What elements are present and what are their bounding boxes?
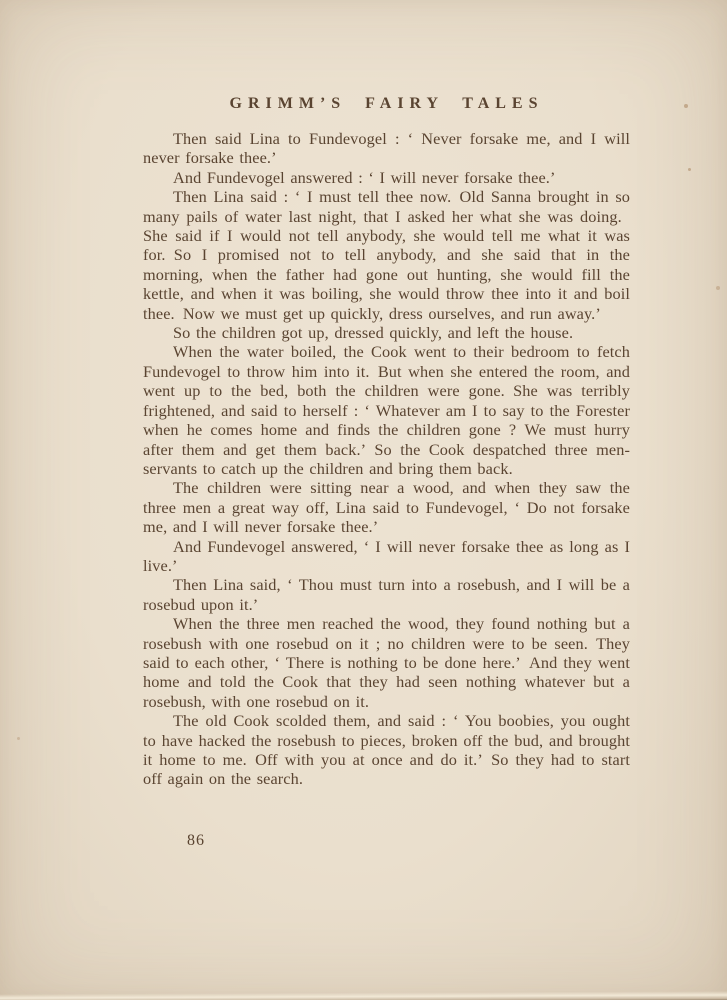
paragraph: And Fundevogel answered, ‘ I will never … [143, 537, 630, 576]
paper-speck [17, 737, 20, 740]
paragraph: When the three men reached the wood, the… [143, 614, 630, 711]
paper-speck [716, 286, 720, 290]
page-bottom-edge [0, 991, 727, 1000]
paper-speck [688, 168, 691, 171]
paragraph: The children were sitting near a wood, a… [143, 478, 630, 536]
body-text: Then said Lina to Fundevogel : ‘ Never f… [143, 129, 630, 789]
paragraph: And Fundevogel answered : ‘ I will never… [143, 168, 630, 187]
page-number: 86 [187, 832, 205, 850]
paragraph: Then Lina said, ‘ Thou must turn into a … [143, 575, 630, 614]
paragraph: The old Cook scolded them, and said : ‘ … [143, 711, 630, 789]
book-page-scan: GRIMM’S FAIRY TALES Then said Lina to Fu… [0, 0, 727, 1000]
paragraph: When the water boiled, the Cook went to … [143, 342, 630, 478]
paragraph: Then Lina said : ‘ I must tell thee now.… [143, 187, 630, 323]
paragraph: So the children got up, dressed quickly,… [143, 323, 630, 342]
paper-speck [684, 104, 688, 108]
paragraph: Then said Lina to Fundevogel : ‘ Never f… [143, 129, 630, 168]
running-header: GRIMM’S FAIRY TALES [143, 95, 630, 113]
